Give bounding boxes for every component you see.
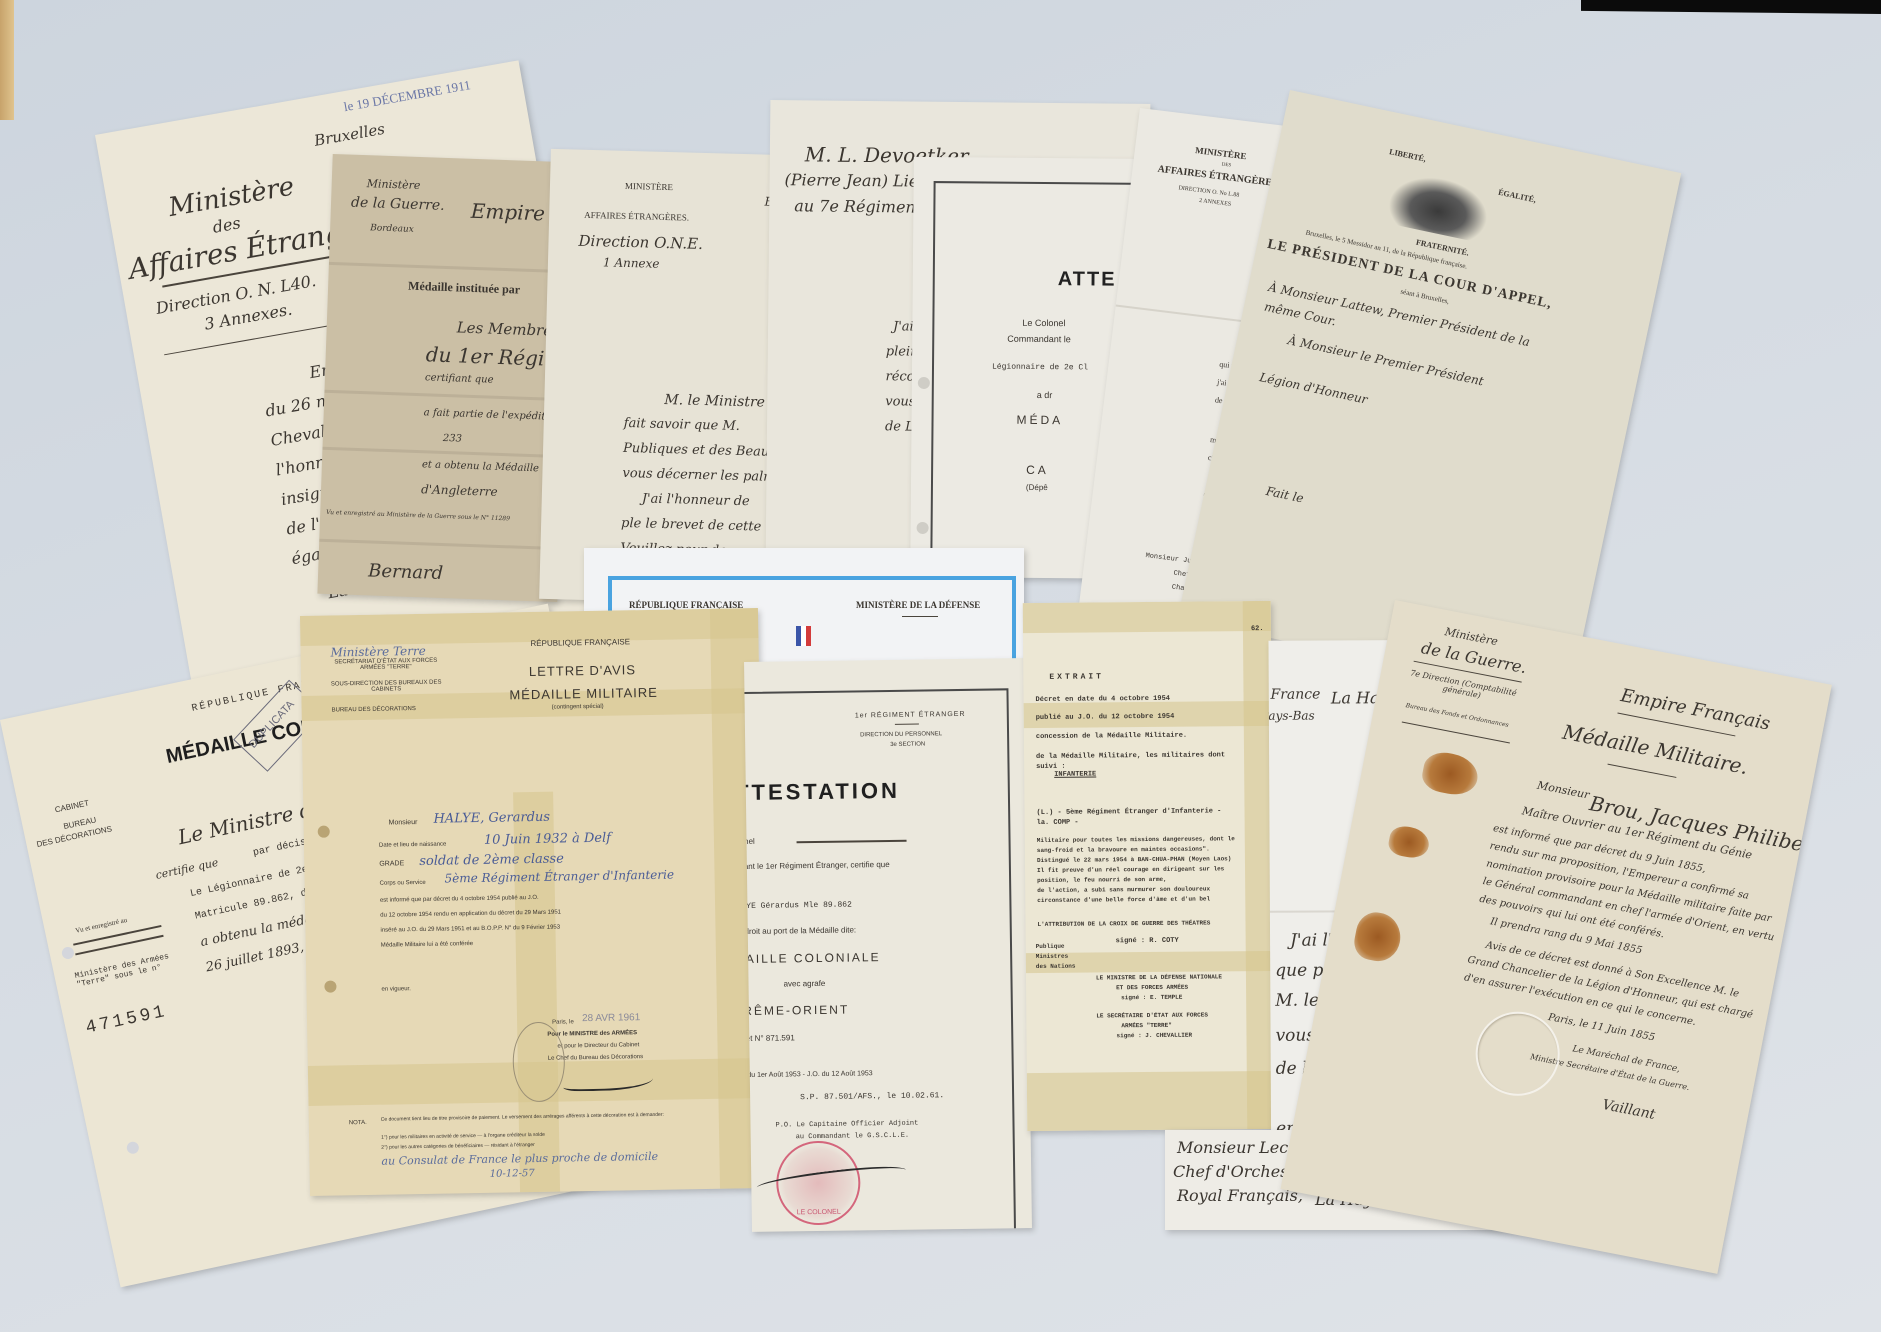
letter-subtitle: MÉDAILLE MILITAIRE	[509, 685, 658, 703]
body-line: vous décerner les palmes	[622, 466, 790, 485]
signature: Bernard	[368, 560, 444, 584]
decree-line: suivi :	[1036, 763, 1065, 771]
citation-line: Distingué le 22 mars 1954 à BAN-CHUA-PHA…	[1037, 855, 1231, 864]
ministry-header-name: de la Guerre.	[351, 195, 445, 214]
office-cabinet: CABINET	[54, 798, 90, 814]
office-line: SECRÉTARIAT D'ÉTAT AUX FORCES ARMÉES "TE…	[326, 658, 446, 672]
decree-line: Décret en date du 4 octobre 1954	[1036, 695, 1170, 704]
registered-text: Vu et enregistré au Ministère de la Guer…	[326, 509, 510, 522]
expedition-text: a fait partie de l'expédition	[424, 407, 562, 423]
members-text: Les Membres	[456, 318, 560, 340]
direction-text: 7e Direction (Comptabilité générale)	[1407, 668, 1518, 707]
signed-line: signé : J. CHEVALLIER	[1116, 1032, 1192, 1040]
secretary-line: ARMÉES "TERRE"	[1121, 1022, 1171, 1029]
registry-number: 471591	[84, 1002, 169, 1039]
body-line: Publiques et des Beaux	[623, 441, 777, 460]
republic-header: RÉPUBLIQUE FRANÇAISE	[530, 637, 630, 648]
certify-text: certifiant que	[425, 372, 494, 385]
attestation-title: ATTESTATION	[744, 778, 900, 807]
stain	[1387, 824, 1432, 861]
corps-value: 5ème Régiment Étranger d'Infanterie	[444, 868, 674, 886]
body-line: Le Colonel	[1022, 318, 1065, 328]
body-line: À Monsieur le Premier Président	[1287, 333, 1485, 388]
citation-line: position, le feu nourri de son arme,	[1037, 876, 1167, 884]
decree-line: Publique	[1036, 943, 1065, 950]
republic-vignette	[1385, 169, 1494, 244]
secretary-line: LE SECRÉTAIRE D'ÉTAT AUX FORCES	[1096, 1011, 1208, 1019]
ministry-header: MINISTÈRE	[625, 181, 673, 192]
body-line: a dr	[1037, 390, 1053, 400]
header-line: de France	[1268, 687, 1320, 703]
seal-text: LE COLONEL	[797, 1209, 841, 1217]
section-header: 3e SECTION	[890, 741, 925, 747]
birth-value: 10 Juin 1932 à Delf	[484, 831, 611, 848]
nota-handwritten: au Consulat de France le plus proche de …	[381, 1150, 658, 1168]
nota-date: 10-12-57	[490, 1168, 535, 1180]
signer-line: au Commandant le G.S.C.L.E.	[796, 1132, 910, 1142]
decree-line: des Nations	[1036, 963, 1076, 970]
place-text: Bruxelles	[313, 120, 386, 150]
decree-line: Médaille Militaire lui a été conférée	[381, 941, 473, 949]
decree-line: INFANTERIE	[1054, 770, 1096, 778]
body-line: Fait le	[1265, 484, 1305, 506]
citation-line: de l'action, a subi sans murmurer son do…	[1037, 885, 1210, 894]
body-line: de L	[885, 419, 914, 434]
nota-label: NOTA.	[349, 1120, 367, 1126]
motto-egalite: ÉGALITÉ,	[1497, 188, 1536, 205]
body-line: Le Colonel	[744, 837, 755, 847]
letter-title: LETTRE D'AVIS	[529, 662, 636, 679]
ministry-header: MINISTÈRE	[1195, 145, 1247, 161]
office-line: SOUS-DIRECTION DES BUREAUX DES CABINETS	[326, 680, 446, 694]
addressee-line: au 7e Régiment	[794, 196, 922, 216]
body-line: Légionnaire de 2e Cl	[992, 363, 1088, 373]
signature-line: et pour le Directeur du Cabinet	[557, 1042, 639, 1049]
certify-line: certifie que	[154, 856, 219, 882]
decree-line: concession de la Médaille Militaire.	[1036, 732, 1187, 741]
signature: Vaillant	[1601, 1097, 1657, 1123]
citation-line: sang-froid et la bravoure en maintes occ…	[1037, 845, 1210, 854]
force-line: en vigueur.	[381, 986, 410, 993]
body-line: J'ai l'honneur de	[642, 491, 750, 509]
body-line: ple le brevet de cette	[621, 516, 762, 535]
grade-label: GRADE	[379, 860, 404, 867]
decree-line: Ministres	[1036, 953, 1068, 960]
page-number: 62.	[1251, 625, 1264, 633]
body-line: M. le Ministre	[664, 392, 765, 411]
citation-line: Il fit preuve d'un réel courage en dirig…	[1037, 865, 1224, 874]
body-line: Légion d'Honneur	[1258, 370, 1369, 407]
decree-line: (L.) - 5ème Régiment Étranger d'Infanter…	[1036, 807, 1221, 817]
direction-text: Direction O.N.E.	[578, 232, 703, 253]
signed-line: signé : E. TEMPLE	[1121, 994, 1182, 1002]
stain	[1420, 749, 1482, 799]
ministry-name: AFFAIRES ÉTRANGÈRES.	[584, 210, 689, 223]
minister-line: LE MINISTRE DE LA DÉFENSE NATIONALE	[1096, 973, 1222, 981]
sub-office: Bordeaux	[370, 223, 414, 235]
body-line: J'ai	[893, 319, 914, 334]
medal-title: Médaille instituée par	[408, 279, 520, 298]
number-text: 233	[443, 433, 462, 445]
document-affaires-etrangeres-1-annexe: MINISTÈRE AFFAIRES ÉTRANGÈRES. Direction…	[539, 149, 791, 605]
clasp-name: EXTRÊME-ORIENT	[744, 1003, 849, 1019]
annexes-text: 1 Annexe	[603, 255, 660, 270]
decree-line: publié au J.O. du 12 octobre 1954	[1036, 713, 1175, 722]
minister-line: ET DES FORCES ARMÉES	[1116, 984, 1188, 992]
citation-line: circonstance d'une belle force d'âme et …	[1037, 895, 1210, 904]
oval-stamp	[512, 1021, 565, 1102]
direction-text: DIRECTION O. No L.88	[1178, 185, 1239, 198]
birth-label: Date et lieu de naissance	[379, 842, 446, 849]
body-line: (Dépê	[1026, 483, 1048, 492]
signature-line: Pour le MINISTRE des ARMÉES	[547, 1030, 637, 1038]
document-lettre-avis: Ministère Terre SECRÉTARIAT D'ÉTAT AUX F…	[300, 608, 768, 1196]
clasp-label: avec agrafe	[783, 979, 825, 989]
tricolor-flag-icon	[796, 626, 811, 646]
body-line: MÉDA	[1016, 413, 1063, 427]
body-line: Commandant le	[1007, 334, 1071, 345]
citation-line: L'ATTRIBUTION DE LA CROIX DE GUERRE DES …	[1037, 919, 1210, 928]
wooden-edge	[0, 0, 14, 120]
signed-line: signé : R. COTY	[1116, 937, 1179, 946]
annexes-text: 2 ANNEXES	[1199, 198, 1232, 208]
document-attestation-1re: 1er RÉGIMENT ÉTRANGER DIRECTION DU PERSO…	[744, 658, 1032, 1232]
attestation-title: ATTE	[1058, 268, 1117, 292]
date-stamp: 28 AVR 1961	[582, 1012, 640, 1024]
date-label: Paris, le	[552, 1019, 574, 1025]
extract-title: EXTRAIT	[1049, 672, 1104, 681]
obtained-text: et a obtenu la Médaille	[422, 459, 539, 474]
header-line: Pays-Bas	[1268, 709, 1314, 723]
body-line: fait savoir que M.	[624, 416, 740, 434]
citation-line: Militaire pour toutes les missions dange…	[1037, 835, 1235, 844]
registry-label: Vu et enregistré au	[75, 916, 128, 935]
motto-liberte: LIBERTÉ,	[1388, 147, 1426, 164]
registry-ministry: Ministère des Armées "Terre" sous le n°	[74, 951, 176, 989]
medal-name: MÉDAILLE COLONIALE	[744, 950, 881, 966]
body-line: CA	[1026, 463, 1049, 477]
ministry-header: Ministère	[367, 177, 421, 192]
empire-header: Empire	[470, 199, 545, 226]
name-value: HALYE, Gerardus	[433, 810, 550, 827]
body-line: a droit au port de la Médaille dite:	[744, 925, 856, 936]
decree-line: la. COMP -	[1037, 819, 1079, 827]
nota-line: 2°) pour les autres catégories de bénéfi…	[381, 1142, 535, 1151]
document-extrait-decret: 62. EXTRAIT Décret en date du 4 octobre …	[1023, 601, 1276, 1131]
direction-header: DIRECTION DU PERSONNEL	[860, 731, 942, 738]
medal-title: Médaille Militaire.	[1561, 720, 1750, 779]
name-label: Monsieur	[1536, 779, 1591, 802]
country-text: d'Angleterre	[421, 482, 498, 499]
name-label: Monsieur	[389, 819, 418, 827]
letter-note: (contingent spécial)	[552, 704, 604, 711]
ministry-header: MINISTÈRE DE LA DÉFENSE	[856, 600, 980, 610]
decree-line: de la Médaille Militaire, les militaires…	[1036, 751, 1225, 761]
ministry-des: DES	[1221, 162, 1231, 168]
corps-label: Corps ou Service	[380, 880, 426, 887]
stain	[1351, 909, 1404, 965]
brevet-number: Brevet N° 871.591	[744, 1033, 795, 1043]
document-medaille-angleterre: Ministère de la Guerre. Bordeaux Empire …	[317, 154, 572, 602]
ministry-name: AFFAIRES ÉTRANGÈRES	[1157, 164, 1278, 190]
grade-value: soldat de 2ème classe	[419, 851, 564, 869]
